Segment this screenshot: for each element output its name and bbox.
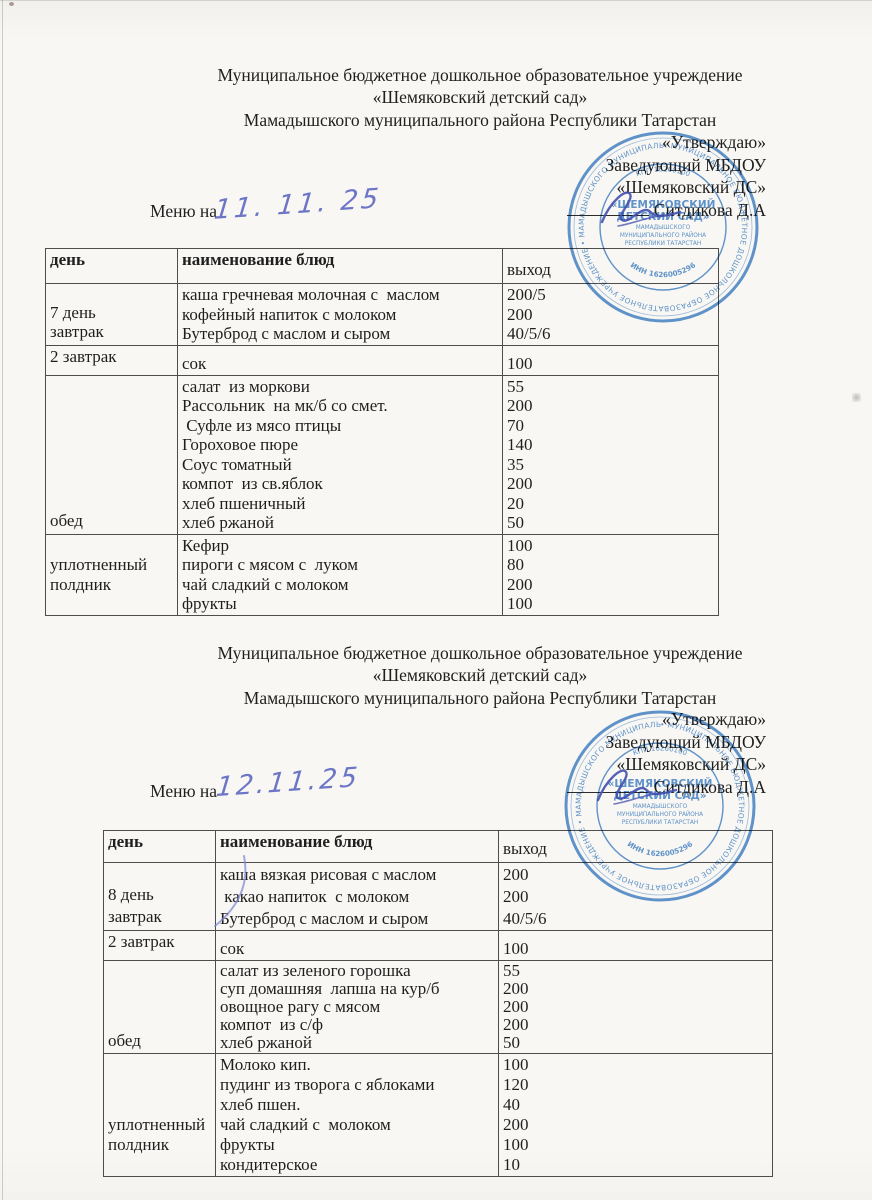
menu-label: Меню на: [150, 201, 217, 222]
dishes-cell: Кефир пироги с мясом с луком чай сладкий…: [178, 534, 503, 615]
output-cell: 100 120 40 200 100 10: [499, 1054, 773, 1177]
col-header-dishes: наименование блюд: [216, 831, 499, 863]
table-row-snack: уплотненный полдник Молоко кип. пудинг и…: [104, 1054, 773, 1177]
day-cell: обед: [46, 375, 178, 534]
output-cell: 100 80 200 100: [503, 534, 719, 615]
dishes-cell: сок: [178, 345, 503, 375]
table-row-snack: уплотненный полдник Кефир пироги с мясом…: [46, 534, 719, 615]
dishes-cell: салат из моркови Рассольник на мк/б со с…: [178, 375, 503, 534]
day-cell: уплотненный полдник: [46, 534, 178, 615]
stamp-inn-text: ИНН 1626005296: [629, 260, 697, 279]
menu-label: Меню на: [150, 781, 217, 802]
pen-stroke-mark: [205, 848, 255, 933]
org-line-2: «Шемяковский детский сад»: [120, 86, 840, 108]
day-cell: 2 завтрак: [104, 931, 216, 961]
day-cell: обед: [104, 961, 216, 1054]
scan-artifact-corner: [9, 2, 14, 6]
output-cell: 55 200 70 140 35 200 20 50: [503, 375, 719, 534]
dishes-cell: Молоко кип. пудинг из творога с яблоками…: [216, 1054, 499, 1177]
day-cell: уплотненный полдник: [104, 1054, 216, 1177]
org-header-section1: Муниципальное бюджетное дошкольное образ…: [120, 64, 840, 131]
table-row-lunch: обед салат из моркови Рассольник на мк/б…: [46, 375, 719, 534]
handwritten-signature: [588, 760, 688, 820]
day-cell: 2 завтрак: [46, 345, 178, 375]
dishes-cell: каша гречневая молочная с маслом кофейны…: [178, 284, 503, 346]
scan-edge-left: [2, 0, 3, 1200]
dishes-cell: каша вязкая рисовая с маслом какао напит…: [216, 863, 499, 931]
scan-edge-top: [0, 0, 872, 1]
org-line-2: «Шемяковский детский сад»: [120, 664, 840, 686]
day-cell: 7 день завтрак: [46, 284, 178, 346]
stamp-inn-text: ИНН 1626005296: [626, 839, 694, 858]
table-row-second-breakfast: 2 завтрак сок 100: [46, 345, 719, 375]
output-cell: 100: [503, 345, 719, 375]
col-header-dishes: наименование блюд: [178, 249, 503, 284]
table-row-second-breakfast: 2 завтрак сок 100: [104, 931, 773, 961]
day-cell: 8 день завтрак: [104, 863, 216, 931]
stamp-center-line5: РЕСПУБЛИКИ ТАТАРСТАН: [622, 820, 699, 826]
scanned-menu-document: Муниципальное бюджетное дошкольное образ…: [0, 0, 872, 1200]
table-row-lunch: обед салат из зеленого горошка суп домаш…: [104, 961, 773, 1054]
menu-date-handwritten: 11. 11. 25: [213, 183, 383, 226]
col-header-day: день: [46, 249, 178, 284]
handwritten-signature: [592, 182, 692, 242]
output-cell: 100: [499, 931, 773, 961]
dishes-cell: сок: [216, 931, 499, 961]
scan-artifact-smudge: [852, 393, 861, 402]
dishes-cell: салат из зеленого горошка суп домашняя л…: [216, 961, 499, 1054]
org-header-section2: Муниципальное бюджетное дошкольное образ…: [120, 642, 840, 709]
col-header-day: день: [104, 831, 216, 863]
org-line-1: Муниципальное бюджетное дошкольное образ…: [120, 64, 840, 86]
org-line-1: Муниципальное бюджетное дошкольное образ…: [120, 642, 840, 664]
output-cell: 55 200 200 200 50: [499, 961, 773, 1054]
menu-date-handwritten: 12.11.25: [215, 762, 362, 803]
